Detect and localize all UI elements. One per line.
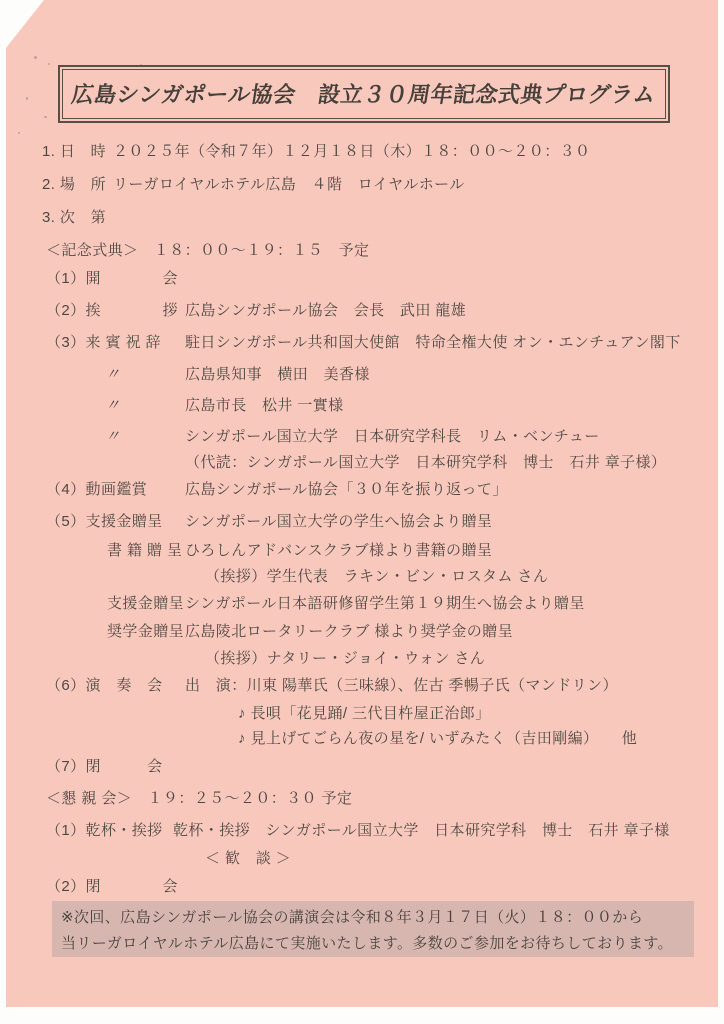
ditto-mark: 〃 (46, 396, 185, 416)
item-text: シンガポール国立大学 日本研究学科長 リム・ベンチュー (185, 427, 600, 447)
program-item-continuation: （代読：シンガポール国立大学 日本研究学科 博士 石井 章子様） (0, 453, 724, 473)
item-label: （2）挨 拶 (46, 301, 185, 321)
item-text: 出 演：川東 陽華氏（三味線）、佐古 季暢子氏（マンドリン） (185, 676, 618, 696)
footer-line-1: ※次回、広島シンガポール協会の講演会は令和８年３月１７日（火）１８：００から (61, 905, 694, 931)
item-text: 広島陵北ロータリークラブ 様より奨学金の贈呈 (185, 622, 513, 642)
program-subitem: 書 籍 贈 呈 ひろしんアドバンスクラブ様より書籍の贈呈 (0, 541, 724, 561)
ditto-mark: 〃 (46, 427, 185, 447)
subitem-label: 書 籍 贈 呈 (107, 541, 185, 561)
item-label: （3）来 賓 祝 辞 (46, 333, 185, 353)
footer-line-2: 当リーガロイヤルホテル広島にて実施いたします。多数のご参加をお待ちしております。 (61, 931, 694, 957)
program-item: （5）支援金贈呈 シンガポール国立大学の学生へ協会より贈呈 (0, 512, 724, 532)
item-text: （代読：シンガポール国立大学 日本研究学科 博士 石井 章子様） (185, 453, 666, 473)
scanned-program-page: 広島シンガポール協会 設立３０周年記念式典プログラム 1. 日 時 ２０２５年（… (0, 0, 724, 1024)
item-label: （5）支援金贈呈 (46, 512, 185, 532)
section-heading-ceremony: ＜記念式典＞ １８：００～１９：１５ 予定 (0, 241, 724, 261)
meta-label: 3. 次 第 (42, 208, 113, 228)
item-sublabel: 乾杯・挨拶 (173, 821, 250, 841)
program-item-chat: ＜ 歓 談 ＞ (0, 849, 724, 869)
program-subitem: 支援金贈呈 シンガポール日本語研修留学生第１９期生へ協会より贈呈 (0, 594, 724, 614)
section-heading-reception: ＜懇 親 会＞ １９：２５～２０：３０ 予定 (0, 789, 724, 809)
program-item-ditto: 〃 広島県知事 横田 美香様 (0, 365, 724, 385)
footer-notice: ※次回、広島シンガポール協会の講演会は令和８年３月１７日（火）１８：００から 当… (52, 901, 694, 957)
program-item: （7）閉 会 (0, 757, 724, 777)
program-item: （6）演 奏 会 出 演：川東 陽華氏（三味線）、佐古 季暢子氏（マンドリン） (0, 676, 724, 696)
program-body: 1. 日 時 ２０２５年（令和７年）１２月１８日（木）１８：００～２０：３０ 2… (0, 142, 724, 897)
item-text: （挨拶）学生代表 ラキン・ビン・ロスタム さん (205, 567, 548, 587)
meta-row-venue: 2. 場 所 リーガロイヤルホテル広島 ４階 ロイヤルホール (0, 175, 724, 195)
program-item: （3）来 賓 祝 辞 駐日シンガポール共和国大使館 特命全権大使 オン・エンチュ… (0, 333, 724, 353)
item-text: ひろしんアドバンスクラブ様より書籍の贈呈 (185, 541, 492, 561)
item-label: （1）開 会 (46, 269, 185, 289)
meta-value: リーガロイヤルホテル広島 ４階 ロイヤルホール (113, 175, 465, 195)
subitem-label: 支援金贈呈 (107, 594, 185, 614)
title-box-inner: 広島シンガポール協会 設立３０周年記念式典プログラム (62, 69, 666, 119)
item-text: シンガポール日本語研修留学生第１９期生へ協会より贈呈 (185, 594, 585, 614)
ditto-mark: 〃 (46, 365, 185, 385)
item-text: ＜ 歓 談 ＞ (205, 849, 291, 869)
program-item: （4）動画鑑賞 広島シンガポール協会「３０年を振り返って」 (0, 480, 724, 500)
item-text: 広島市長 松井 一實様 (185, 396, 344, 416)
program-item: （1）乾杯・挨拶 乾杯・挨拶 シンガポール国立大学 日本研究学科 博士 石井 章… (0, 821, 724, 841)
meta-label: 2. 場 所 (42, 175, 113, 195)
item-text: 広島シンガポール協会「３０年を振り返って」 (185, 480, 508, 500)
music-title: ♪ 見上げてごらん夜の星を/ いずみたく（吉田剛編） 他 (238, 729, 637, 749)
program-item-greeting: （挨拶）ナタリー・ジョイ・ウォン さん (0, 649, 724, 669)
program-item-ditto: 〃 シンガポール国立大学 日本研究学科長 リム・ベンチュー (0, 427, 724, 447)
item-label: （7）閉 会 (46, 757, 185, 777)
program-item-ditto: 〃 広島市長 松井 一實様 (0, 396, 724, 416)
item-label: （6）演 奏 会 (46, 676, 185, 696)
music-title: ♪ 長唄「花見踊/ 三代目杵屋正治郎」 (238, 704, 491, 724)
item-text: （挨拶）ナタリー・ジョイ・ウォン さん (205, 649, 485, 669)
item-text: 広島シンガポール協会 会長 武田 龍雄 (185, 301, 466, 321)
program-subitem: 奨学金贈呈 広島陵北ロータリークラブ 様より奨学金の贈呈 (0, 622, 724, 642)
meta-row-agenda: 3. 次 第 (0, 208, 724, 228)
document-content: 広島シンガポール協会 設立３０周年記念式典プログラム 1. 日 時 ２０２５年（… (0, 0, 724, 1024)
item-label: （2）閉 会 (46, 877, 185, 897)
program-item-greeting: （挨拶）学生代表 ラキン・ビン・ロスタム さん (0, 567, 724, 587)
subitem-label: 奨学金贈呈 (107, 622, 185, 642)
music-note-row: ♪ 長唄「花見踊/ 三代目杵屋正治郎」 (0, 704, 724, 724)
program-item: （2）挨 拶 広島シンガポール協会 会長 武田 龍雄 (0, 301, 724, 321)
title-box: 広島シンガポール協会 設立３０周年記念式典プログラム (58, 65, 670, 123)
meta-row-datetime: 1. 日 時 ２０２５年（令和７年）１２月１８日（木）１８：００～２０：３０ (0, 142, 724, 162)
item-label: （4）動画鑑賞 (46, 480, 185, 500)
meta-value: ２０２５年（令和７年）１２月１８日（木）１８：００～２０：３０ (113, 142, 590, 162)
program-item: （1）開 会 (0, 269, 724, 289)
item-text: シンガポール国立大学の学生へ協会より贈呈 (185, 512, 492, 532)
item-text: 駐日シンガポール共和国大使館 特命全権大使 オン・エンチュアン閣下 (185, 333, 681, 353)
item-text: シンガポール国立大学 日本研究学科 博士 石井 章子様 (250, 821, 670, 841)
meta-label: 1. 日 時 (42, 142, 113, 162)
program-item: （2）閉 会 (0, 877, 724, 897)
item-label: （1）乾杯・挨拶 (46, 821, 173, 841)
document-title: 広島シンガポール協会 設立３０周年記念式典プログラム (70, 78, 659, 109)
music-note-row: ♪ 見上げてごらん夜の星を/ いずみたく（吉田剛編） 他 (0, 729, 724, 749)
item-text: 広島県知事 横田 美香様 (185, 365, 370, 385)
